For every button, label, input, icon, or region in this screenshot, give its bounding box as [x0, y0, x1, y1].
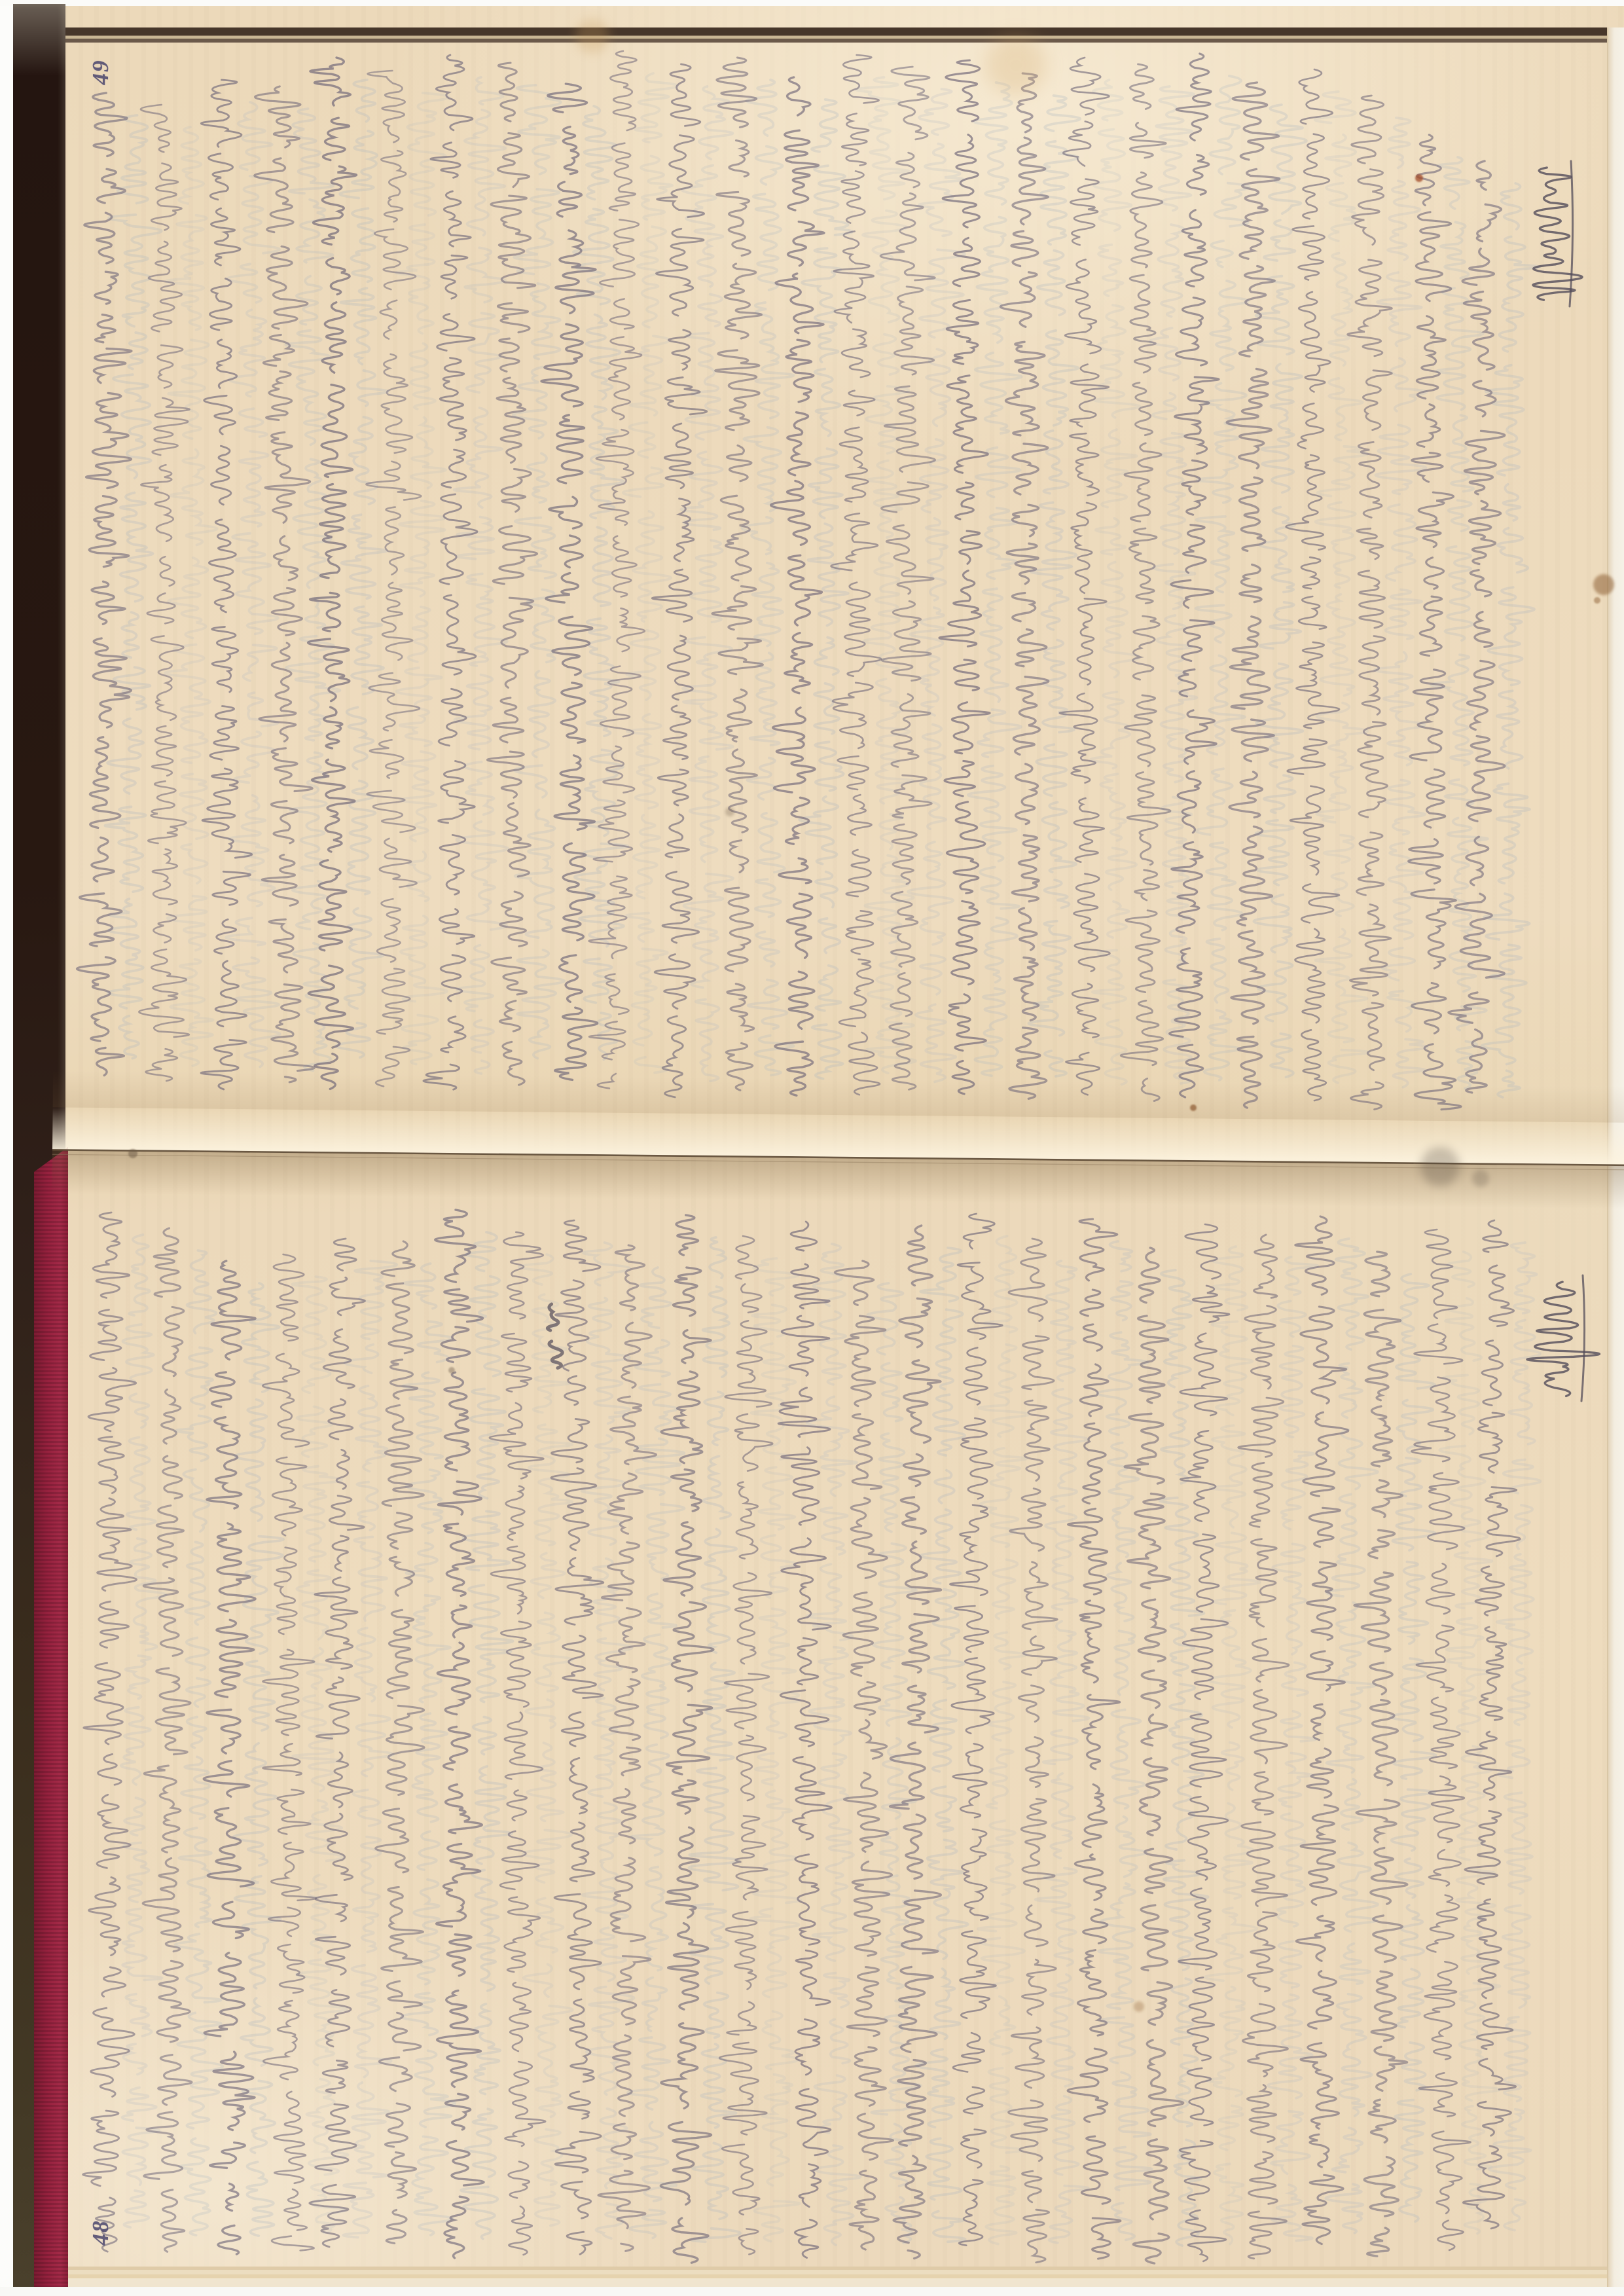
stain-spot	[1420, 1147, 1460, 1186]
handwriting-line	[1009, 1239, 1058, 2263]
handwriting-line	[262, 1254, 316, 2251]
bleed-through-line	[1482, 183, 1540, 1097]
bleed-through-line	[1391, 1274, 1435, 2221]
stain-spot	[1594, 597, 1600, 604]
stain-spot	[1190, 1104, 1197, 1111]
bleed-through-line	[916, 1248, 968, 2242]
bleed-through-line	[1254, 105, 1306, 1077]
bleed-through-line	[165, 127, 217, 1066]
bleed-through-line	[336, 80, 388, 1057]
page-number-top: 49	[82, 52, 119, 92]
stain-spot	[1593, 574, 1614, 595]
handwriting-line	[1121, 64, 1170, 1101]
handwriting-layer	[0, 0, 1624, 2296]
bleed-through-line	[908, 89, 965, 1082]
bleed-through-line	[1326, 1239, 1378, 2233]
bleed-through-line	[401, 1264, 455, 2235]
handwriting-line	[1409, 135, 1461, 1110]
bleed-through-line	[807, 1244, 861, 2245]
handwriting-line	[366, 71, 421, 1086]
bleed-through-line	[623, 73, 678, 1073]
handwriting-line	[939, 60, 990, 1094]
scanned-book-spread: 49 48	[0, 0, 1624, 2296]
handwriting-line	[376, 1241, 424, 2244]
bleed-through-line	[234, 1283, 283, 2236]
center-fold-crease	[52, 1070, 1624, 1210]
page-49-handwriting	[77, 51, 1583, 1110]
handwriting-line	[950, 1214, 1002, 2246]
handwriting-line	[83, 1212, 137, 2251]
bleed-through-line	[1091, 80, 1140, 1084]
bleed-through-line	[121, 1235, 166, 2227]
handwriting-line	[255, 86, 315, 1082]
handwriting-line	[541, 84, 598, 1080]
bleed-through-line	[1028, 96, 1080, 1076]
bleed-through-line	[293, 1277, 348, 2232]
handwriting-line	[1125, 1248, 1183, 2263]
bleed-through-line	[1431, 157, 1488, 1089]
scanned-diary-screenshot: { "pages": { "top": { "page_number": "49…	[0, 0, 1624, 2296]
signature-flourish	[1527, 1282, 1600, 1396]
stain-spot	[448, 1367, 455, 1374]
bleed-through-line	[681, 86, 733, 1081]
signature-flourish	[1533, 168, 1582, 300]
handwriting-line	[1348, 96, 1392, 1110]
stain-spot	[986, 35, 1046, 96]
bleed-through-line	[968, 82, 1022, 1076]
handwriting-line	[490, 1232, 545, 2255]
bleed-through-line	[1196, 76, 1250, 1080]
stain-spot	[128, 1149, 137, 1158]
signature-underline	[1581, 1275, 1585, 1401]
handwriting-line	[143, 1228, 192, 2251]
signature-underline	[1570, 161, 1573, 306]
stain-spot	[1415, 174, 1423, 182]
stain-spot	[725, 807, 734, 816]
handwriting-line	[771, 77, 824, 1095]
bleed-through-line	[105, 115, 161, 1059]
stain-spot	[575, 19, 609, 53]
page-48-handwriting	[83, 1210, 1600, 2263]
handwriting-line	[139, 105, 189, 1081]
page-number-bottom: 48	[82, 2213, 119, 2252]
handwriting-line	[1227, 82, 1280, 1108]
handwriting-line	[1238, 1235, 1289, 2259]
bleed-through-line	[175, 1250, 223, 2235]
stain-spot	[1472, 1170, 1489, 1187]
handwriting-line	[1000, 73, 1048, 1099]
stain-spot	[1134, 2001, 1144, 2012]
